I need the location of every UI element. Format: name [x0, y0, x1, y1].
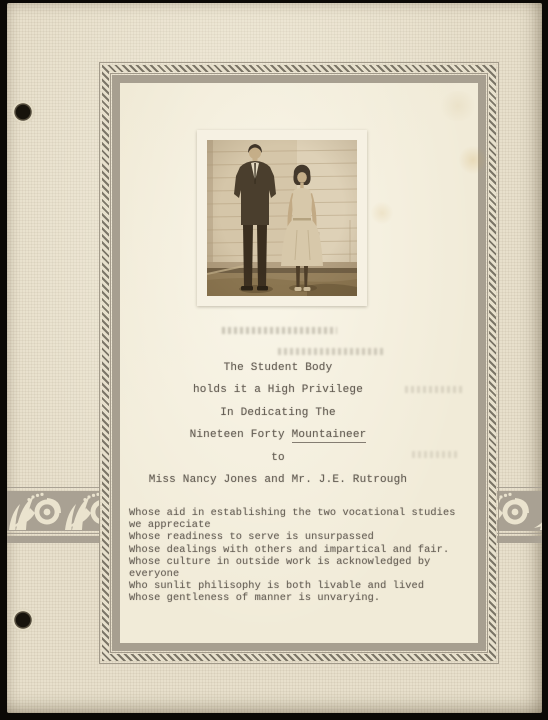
- paper-stain: [370, 201, 394, 225]
- ghost-typewriter-marks: [278, 348, 383, 355]
- tribute-line-1: Whose aid in establishing the two vocati…: [129, 507, 473, 519]
- tribute-text: Whose aid in establishing the two vocati…: [129, 507, 473, 605]
- decorative-scroll-band-left: [7, 487, 100, 543]
- ghost-typewriter-marks: [222, 327, 337, 334]
- scanned-scrapbook-page: The Student Body holds it a High Privile…: [0, 0, 548, 720]
- binder-hole-bottom: [11, 608, 35, 632]
- yearbook-name-prefix: Nineteen Forty: [190, 429, 292, 441]
- paper-stain: [438, 91, 478, 121]
- dedication-line-3: In Dedicating The: [130, 402, 426, 424]
- yearbook-name-underlined: Mountaineer: [292, 429, 367, 443]
- decorative-scroll-band-right: [497, 487, 542, 543]
- band-stripe: [497, 536, 542, 543]
- dedication-line-1: The Student Body: [130, 357, 426, 379]
- scroll-ornament-left: [7, 491, 100, 531]
- dedication-text: The Student Body holds it a High Privile…: [130, 357, 426, 491]
- paper-stain: [458, 145, 488, 175]
- photo-image: [207, 140, 357, 296]
- band-stripe: [7, 536, 100, 543]
- scroll-ornament-right: [497, 491, 542, 531]
- tribute-line-8: Whose gentleness of manner is unvarying.: [129, 592, 473, 604]
- photograph: [197, 130, 367, 306]
- tribute-line-2: we appreciate: [129, 519, 473, 531]
- tribute-line-6: everyone: [129, 568, 473, 580]
- dedication-line-6: Miss Nancy Jones and Mr. J.E. Rutrough: [130, 469, 426, 491]
- tribute-line-5: Whose culture in outside work is acknowl…: [129, 556, 473, 568]
- tribute-line-7: Who sunlit philisophy is both livable an…: [129, 580, 473, 592]
- band-rule: [497, 533, 542, 534]
- dedication-line-2: holds it a High Privilege: [130, 379, 426, 401]
- tribute-line-4: Whose dealings with others and impartica…: [129, 544, 473, 556]
- binder-hole-top: [11, 100, 35, 124]
- dedication-line-4: Nineteen Forty Mountaineer: [130, 424, 426, 446]
- band-rule: [7, 487, 100, 488]
- band-rule: [7, 533, 100, 534]
- band-rule: [497, 487, 542, 488]
- dedication-line-5: to: [130, 447, 426, 469]
- tribute-line-3: Whose readiness to serve is unsurpassed: [129, 531, 473, 543]
